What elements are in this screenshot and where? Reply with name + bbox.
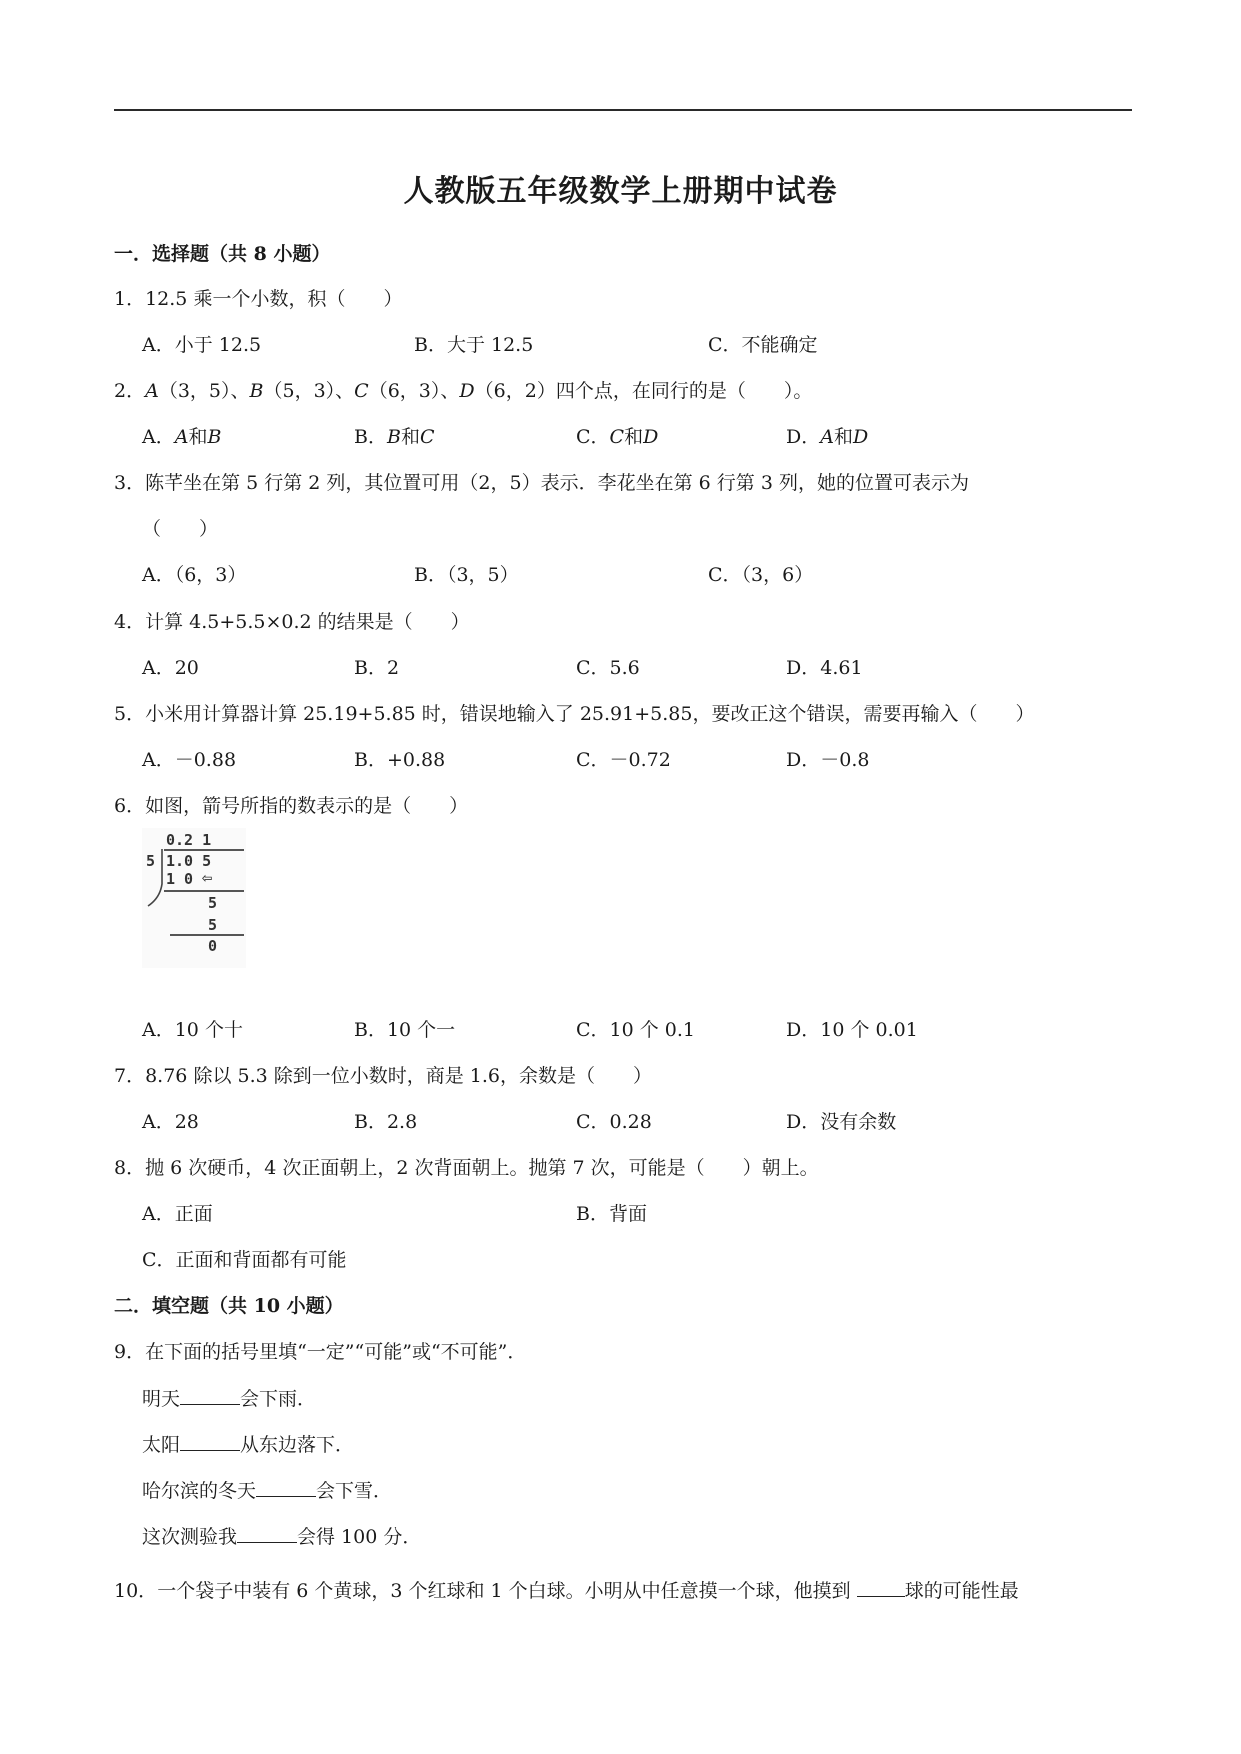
q7-option-a: A．28 <box>142 1110 199 1134</box>
q6-option-d: D．10 个 0.01 <box>786 1018 918 1042</box>
q2-option-c: C．C和D <box>576 425 658 449</box>
question-number: 3． <box>114 472 145 494</box>
point-a-coords: （3，5）、 <box>159 380 250 402</box>
q9-item-2: 太阳从东边落下． <box>142 1432 354 1457</box>
question-text: 小米用计算器计算 25.19+5.85 时，错误地输入了 25.91+5.85，… <box>145 703 1034 725</box>
q2-option-b: B．B和C <box>354 425 435 449</box>
question-text: 8.76 除以 5.3 除到一位小数时，商是 1.6，余数是（ ） <box>145 1065 652 1087</box>
question-number: 5． <box>114 703 145 725</box>
q8-option-a: A．正面 <box>142 1202 213 1226</box>
question-number: 10． <box>114 1580 157 1602</box>
question-8: 8．抛 6 次硬币，4 次正面朝上，2 次背面朝上。抛第 7 次，可能是（ ）朝… <box>114 1156 819 1180</box>
question-number: 9． <box>114 1341 145 1363</box>
header-rule <box>114 109 1132 111</box>
final-remainder: 0 <box>208 938 217 954</box>
question-2: 2．A（3，5）、B（5，3）、C（6，3）、D（6，2）四个点，在同行的是（ … <box>114 379 812 403</box>
question-number: 6． <box>114 795 145 817</box>
q1-option-b: B．大于 12.5 <box>414 333 533 357</box>
point-b: B <box>250 380 264 402</box>
q5-option-c: C．－0.72 <box>576 748 671 772</box>
step-remainder: 5 <box>208 895 217 911</box>
question-text: 12.5 乘一个小数，积（ ） <box>145 288 402 310</box>
blank-field[interactable] <box>857 1578 905 1597</box>
step-subtract: 5 <box>208 917 217 933</box>
question-number: 4． <box>114 611 145 633</box>
question-text: 抛 6 次硬币，4 次正面朝上，2 次背面朝上。抛第 7 次，可能是（ ）朝上。 <box>145 1157 819 1179</box>
question-7: 7．8.76 除以 5.3 除到一位小数时，商是 1.6，余数是（ ） <box>114 1064 652 1088</box>
q2-option-d: D．A和D <box>786 425 868 449</box>
question-3-continuation: （ ） <box>142 517 218 541</box>
q9-item-1: 明天会下雨． <box>142 1386 316 1411</box>
question-10: 10．一个袋子中装有 6 个黄球，3 个红球和 1 个白球。小明从中任意摸一个球… <box>114 1578 1019 1603</box>
q6-option-a: A．10 个十 <box>142 1018 243 1042</box>
question-4: 4．计算 4.5+5.5×0.2 的结果是（ ） <box>114 610 470 634</box>
step-product: 1 0 <box>166 871 193 887</box>
point-d-coords: （6，2）四个点，在同行的是（ ）。 <box>475 380 813 402</box>
point-c-coords: （6，3）、 <box>369 380 460 402</box>
q4-option-c: C．5.6 <box>576 656 640 680</box>
question-text: 一个袋子中装有 6 个黄球，3 个红球和 1 个白球。小明从中任意摸一个球，他摸… <box>157 1580 857 1602</box>
blank-field[interactable] <box>237 1524 297 1543</box>
question-6: 6．如图，箭号所指的数表示的是（ ） <box>114 794 468 818</box>
q7-option-b: B．2.8 <box>354 1110 417 1134</box>
q7-option-d: D．没有余数 <box>786 1110 896 1134</box>
point-c: C <box>354 380 369 402</box>
q7-option-c: C．0.28 <box>576 1110 652 1134</box>
q4-option-b: B．2 <box>354 656 399 680</box>
question-number: 7． <box>114 1065 145 1087</box>
q1-option-a: A．小于 12.5 <box>142 333 261 357</box>
q8-option-b: B．背面 <box>576 1202 647 1226</box>
point-a: A <box>145 380 159 402</box>
q6-option-b: B．10 个一 <box>354 1018 455 1042</box>
question-number: 1． <box>114 288 145 310</box>
q5-option-d: D．－0.8 <box>786 748 869 772</box>
quotient: 0.2 1 <box>166 832 211 848</box>
q9-item-4: 这次测验我会得 100 分． <box>142 1524 421 1549</box>
section-heading-choice: 一．选择题（共 8 小题） <box>114 242 330 266</box>
point-d: D <box>459 380 474 402</box>
q3-option-c: C．（3，6） <box>708 563 813 587</box>
question-number: 2． <box>114 380 145 402</box>
question-number: 8． <box>114 1157 145 1179</box>
q5-option-a: A．－0.88 <box>142 748 236 772</box>
question-text: 陈芊坐在第 5 行第 2 列，其位置可用（2，5）表示．李花坐在第 6 行第 3… <box>145 472 969 494</box>
q6-option-c: C．10 个 0.1 <box>576 1018 695 1042</box>
question-text: 如图，箭号所指的数表示的是（ ） <box>145 795 468 817</box>
question-text-cont: 球的可能性最 <box>905 1580 1019 1602</box>
question-3: 3．陈芊坐在第 5 行第 2 列，其位置可用（2，5）表示．李花坐在第 6 行第… <box>114 471 969 495</box>
q1-option-c: C．不能确定 <box>708 333 818 357</box>
question-text: 在下面的括号里填“一定”“可能”或“不可能”． <box>145 1341 526 1363</box>
arrow-icon: ⇦ <box>202 870 212 886</box>
q3-option-a: A．（6，3） <box>142 563 246 587</box>
question-1: 1．12.5 乘一个小数，积（ ） <box>114 287 402 311</box>
page-title: 人教版五年级数学上册期中试卷 <box>0 166 1241 210</box>
dividend: 1.0 5 <box>166 853 211 869</box>
q8-option-c: C．正面和背面都有可能 <box>142 1248 347 1272</box>
q3-option-b: B．（3，5） <box>414 563 519 587</box>
q2-option-a: A．A和B <box>142 425 221 449</box>
q9-item-3: 哈尔滨的冬天会下雪． <box>142 1478 392 1503</box>
long-division-figure: 0.2 1 5 1.0 5 1 0 ⇦ 5 5 0 <box>142 828 246 968</box>
blank-field[interactable] <box>256 1478 316 1497</box>
section-heading-fill-blank: 二．填空题（共 10 小题） <box>114 1294 344 1318</box>
point-b-coords: （5，3）、 <box>263 380 354 402</box>
question-9: 9．在下面的括号里填“一定”“可能”或“不可能”． <box>114 1340 526 1364</box>
question-5: 5．小米用计算器计算 25.19+5.85 时，错误地输入了 25.91+5.8… <box>114 702 1034 726</box>
question-text: 计算 4.5+5.5×0.2 的结果是（ ） <box>145 611 470 633</box>
q5-option-b: B．+0.88 <box>354 748 445 772</box>
blank-field[interactable] <box>180 1386 240 1405</box>
blank-field[interactable] <box>180 1432 240 1451</box>
q4-option-a: A．20 <box>142 656 199 680</box>
q4-option-d: D．4.61 <box>786 656 863 680</box>
